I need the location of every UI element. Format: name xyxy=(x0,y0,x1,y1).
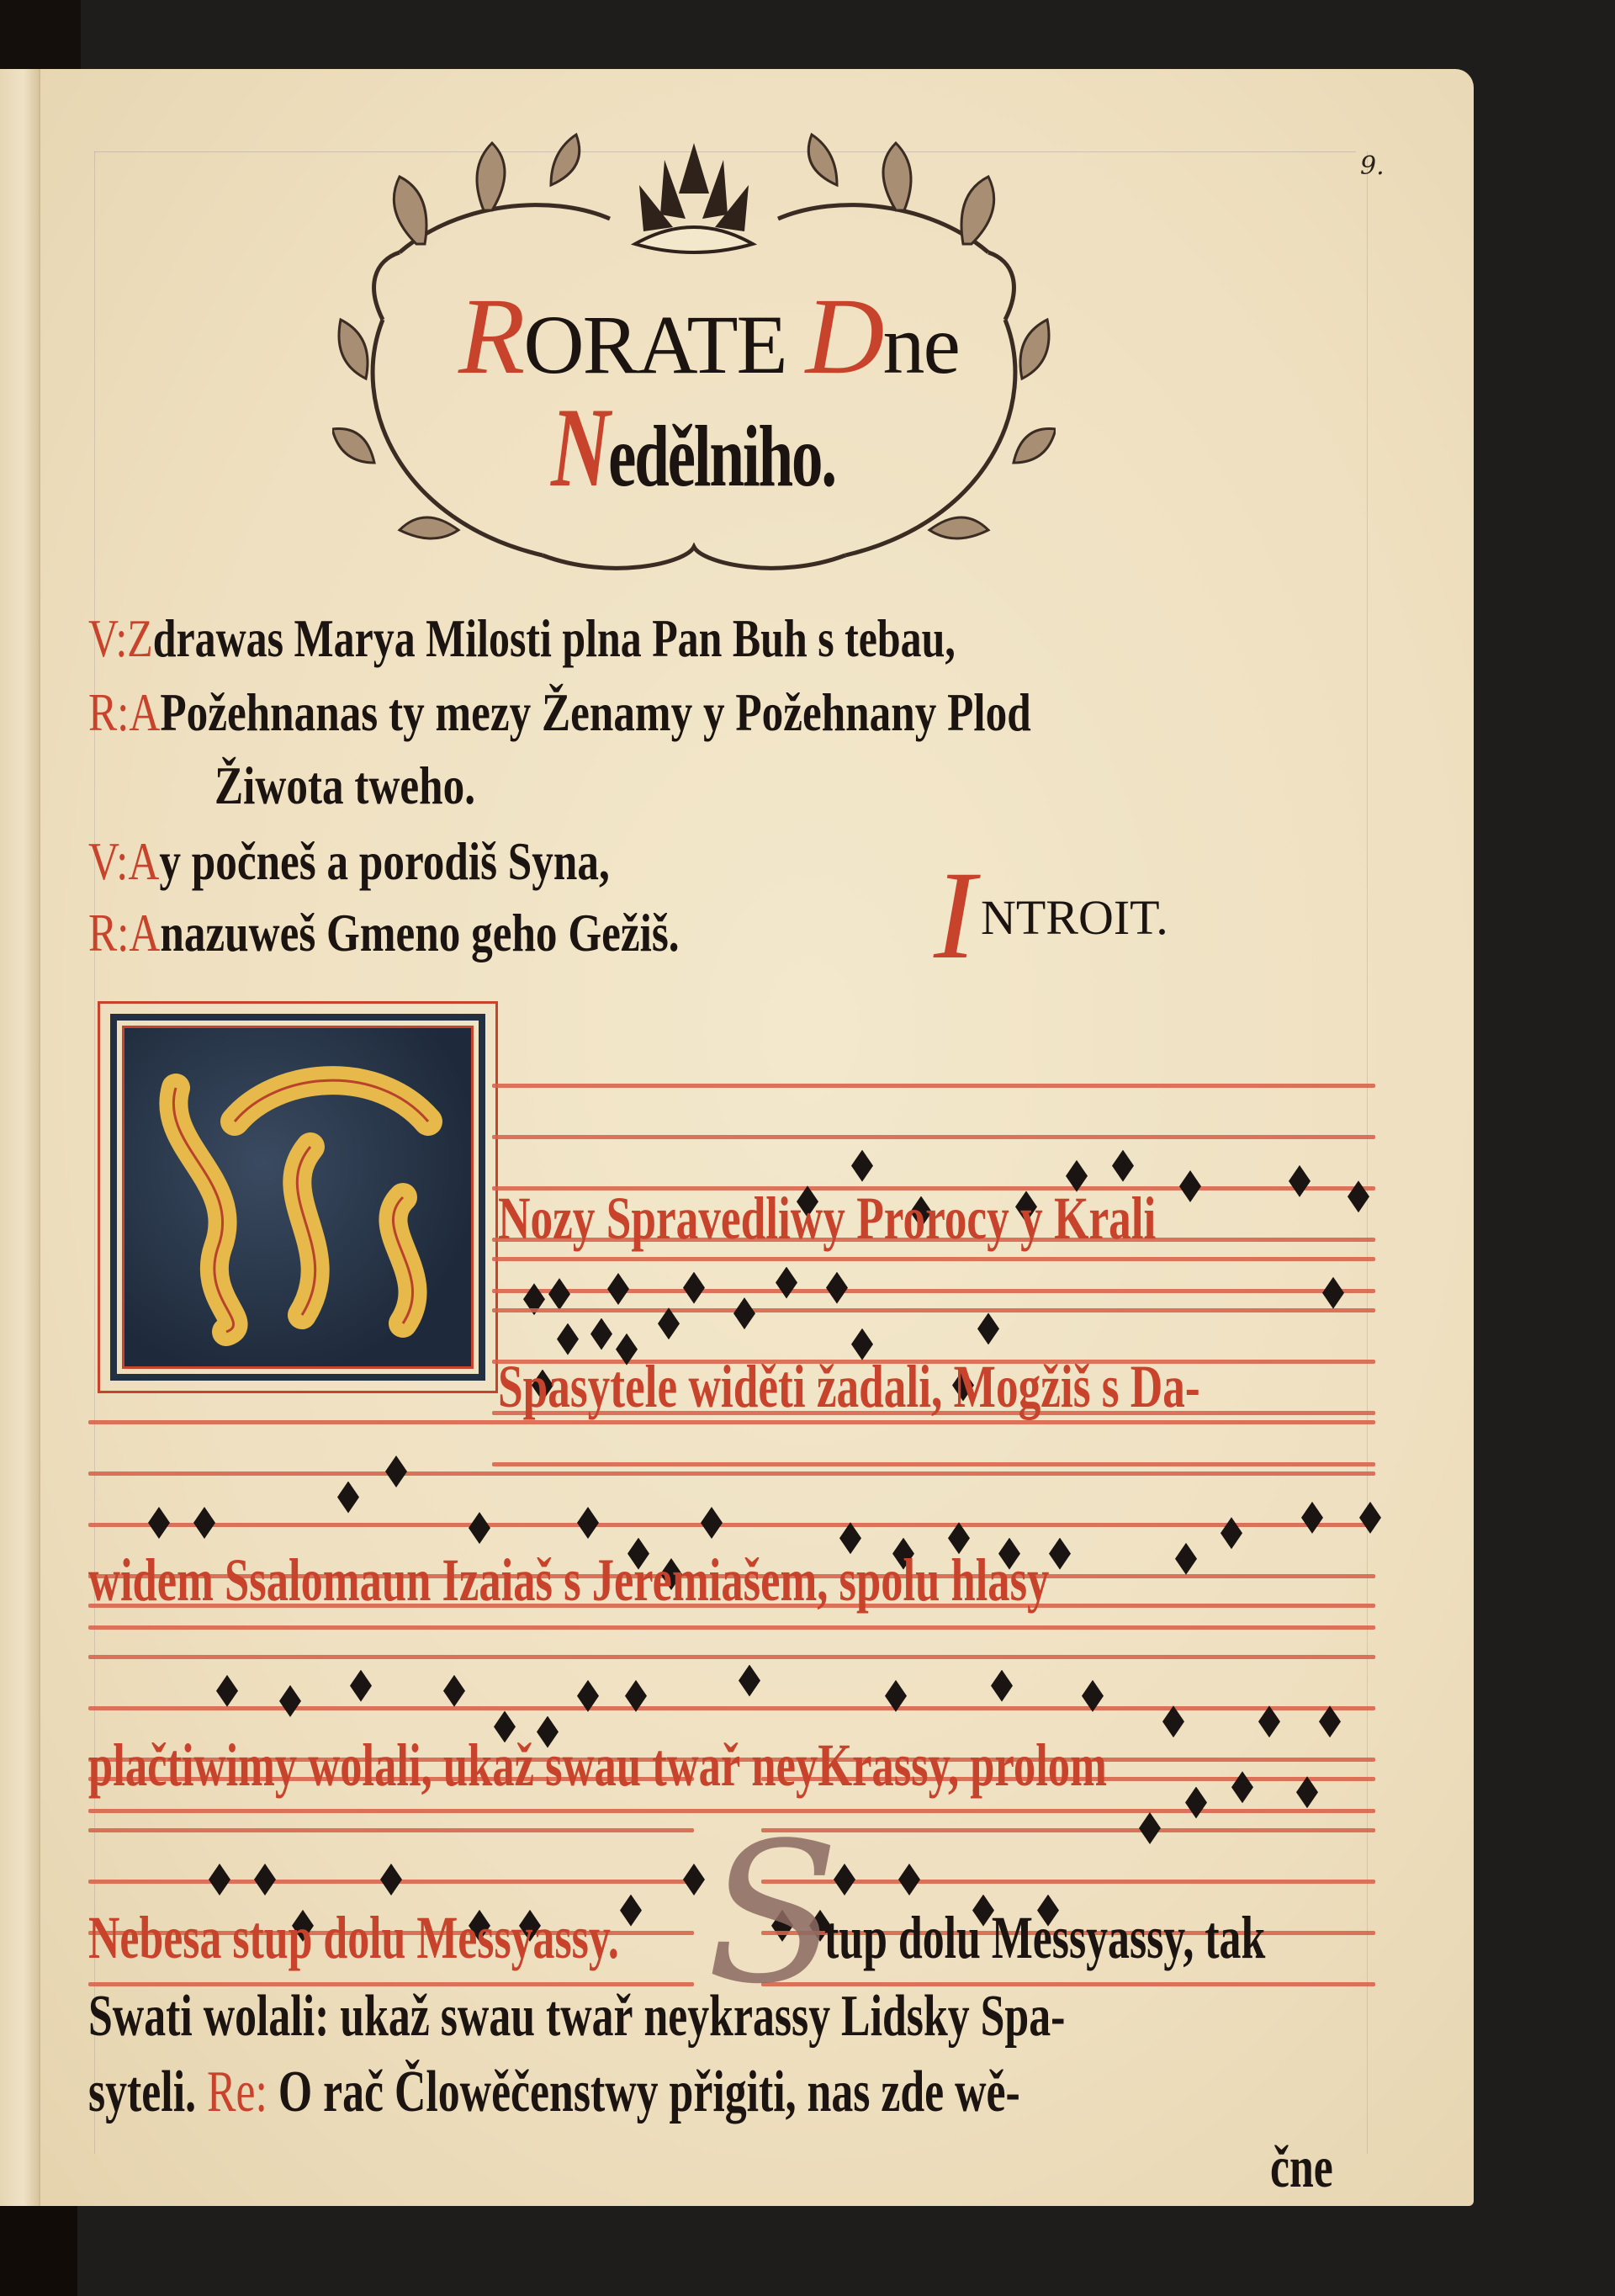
neume-note-icon xyxy=(1139,1812,1161,1844)
neume-note-icon xyxy=(683,1864,705,1896)
response-text: Požehnanas ty mezy Ženamy y Požehnany Pl… xyxy=(160,682,1030,742)
chant-lyric-1: Nozy Spravedliwy Prorocy y Krali xyxy=(498,1184,1156,1254)
chant-lyric-5: Nebesa stup dolu Messyassy. xyxy=(88,1903,619,1973)
title-line-2: Nedělniho. xyxy=(551,383,835,513)
staff-line xyxy=(492,1084,1375,1088)
chant-lyric-4: plačtiwimy wolali, ukaž swau twař neyKra… xyxy=(88,1731,1107,1800)
title-initial-n: N xyxy=(551,385,608,511)
neume-note-icon xyxy=(776,1267,797,1299)
title-word-orate: ORATE xyxy=(523,298,805,391)
chant-lyric-3: widem Ssalomaun Izaiaš s Jeremiašem, spo… xyxy=(88,1546,1049,1615)
chant-lyric-2: Spasytele widěti žadali, Mogžiš s Da- xyxy=(498,1352,1200,1422)
prose-text: syteli. xyxy=(88,2060,196,2124)
antiphon-continuation: tup dolu Messyassy, tak xyxy=(824,1903,1265,1973)
neume-note-icon xyxy=(991,1670,1013,1702)
neume-note-icon xyxy=(254,1864,276,1896)
manuscript-page: 9. xyxy=(0,69,1474,2206)
neume-note-icon xyxy=(557,1323,579,1355)
neume-note-icon xyxy=(1112,1150,1134,1182)
staff-line xyxy=(492,1257,1375,1261)
neume-note-icon xyxy=(148,1507,170,1539)
title-line-1: RORATE Dne xyxy=(458,273,959,400)
folio-number: 9. xyxy=(1360,151,1385,181)
versicle-text: drawas Marya Milosti plna Pan Buh s teba… xyxy=(153,608,956,668)
versicle-text: y počneš a porodiš Syna, xyxy=(159,831,609,891)
staff-line xyxy=(88,1828,694,1832)
gold-knotwork-letter-icon xyxy=(125,1029,470,1365)
neume-note-icon xyxy=(1185,1787,1207,1819)
neume-note-icon xyxy=(443,1675,465,1707)
neume-note-icon xyxy=(1348,1180,1369,1212)
neume-note-icon xyxy=(590,1318,612,1350)
response-text: Žiwota tweho. xyxy=(214,756,475,815)
introit-label: NTROIT. xyxy=(981,890,1168,945)
neume-note-icon xyxy=(898,1864,920,1896)
neume-note-icon xyxy=(1322,1277,1344,1309)
neume-note-icon xyxy=(469,1512,490,1544)
neume-note-icon xyxy=(1359,1502,1381,1534)
staff-line xyxy=(88,1706,1375,1710)
binding-edge xyxy=(0,2206,77,2296)
staff-line xyxy=(761,1828,1375,1832)
previous-page-edge xyxy=(0,69,40,2206)
versicle-mark: V: xyxy=(88,831,128,891)
versicle-initial: Z xyxy=(127,608,152,668)
neume-note-icon xyxy=(279,1685,301,1717)
title-initial-r: R xyxy=(458,276,523,397)
response-1-cont: Žiwota tweho. xyxy=(214,755,475,817)
neume-note-icon xyxy=(216,1675,238,1707)
prose-text: O rač Člowěčenstwy přigiti, nas zde wě- xyxy=(278,2060,1020,2124)
introit-initial: I xyxy=(934,846,976,985)
response-text: nazuweš Gmeno geho Gežiš. xyxy=(160,903,679,962)
neume-note-icon xyxy=(683,1272,705,1304)
neume-note-icon xyxy=(380,1864,402,1896)
title-initial-d: D xyxy=(806,276,883,397)
neume-note-icon xyxy=(701,1507,723,1539)
neume-note-icon xyxy=(1175,1543,1197,1575)
neume-note-icon xyxy=(620,1895,642,1927)
staff-line xyxy=(88,1471,1375,1476)
versicle-mark: V: xyxy=(88,608,127,668)
neume-note-icon xyxy=(193,1507,215,1539)
neume-note-icon xyxy=(209,1864,230,1896)
neume-note-icon xyxy=(337,1482,359,1514)
response-1: R:APožehnanas ty mezy Ženamy y Požehnany… xyxy=(88,681,1031,744)
repetenda-mark: Re: xyxy=(207,2060,267,2124)
illuminated-initial-n xyxy=(98,1001,498,1393)
neume-note-icon xyxy=(851,1150,873,1182)
neume-note-icon xyxy=(826,1272,848,1304)
response-mark: R: xyxy=(88,682,129,742)
response-2: R:Anazuweš Gmeno geho Gežiš. xyxy=(88,902,680,964)
neume-note-icon xyxy=(1289,1165,1311,1197)
introit-heading: INTROIT. xyxy=(934,843,1168,988)
response-mark: R: xyxy=(88,903,129,962)
response-initial: A xyxy=(129,903,160,962)
title-cartouche: RORATE Dne Nedělniho. xyxy=(332,126,1056,581)
staff-line xyxy=(88,1523,1375,1527)
neume-note-icon xyxy=(350,1670,372,1702)
prose-line-3: čne xyxy=(1270,2134,1333,2202)
title-word-nedelniho: edělniho. xyxy=(608,408,835,505)
neume-note-icon xyxy=(1301,1502,1323,1534)
prose-line-2: syteli. Re: O rač Člowěčenstwy přigiti, … xyxy=(88,2059,1020,2126)
staff-line xyxy=(492,1308,1375,1312)
neume-note-icon xyxy=(1049,1538,1071,1570)
versicle-initial: A xyxy=(128,831,159,891)
versicle-2: V:Ay počneš a porodiš Syna, xyxy=(88,830,610,893)
staff-line xyxy=(88,1655,1375,1659)
versicle-1: V:Zdrawas Marya Milosti plna Pan Buh s t… xyxy=(88,607,956,670)
neume-note-icon xyxy=(1179,1170,1201,1202)
neume-note-icon xyxy=(1221,1517,1242,1549)
neume-note-icon xyxy=(577,1507,599,1539)
prose-line-1: Swati wolali: ukaž swau twař neykrassy L… xyxy=(88,1983,1065,2050)
neume-note-icon xyxy=(739,1665,760,1697)
neume-note-icon xyxy=(385,1456,407,1487)
neume-note-icon xyxy=(977,1312,999,1344)
neume-note-icon xyxy=(733,1297,755,1329)
binding-edge xyxy=(0,0,81,69)
title-word-ne: ne xyxy=(883,298,959,391)
staff-line xyxy=(492,1135,1375,1139)
response-initial: A xyxy=(129,682,160,742)
